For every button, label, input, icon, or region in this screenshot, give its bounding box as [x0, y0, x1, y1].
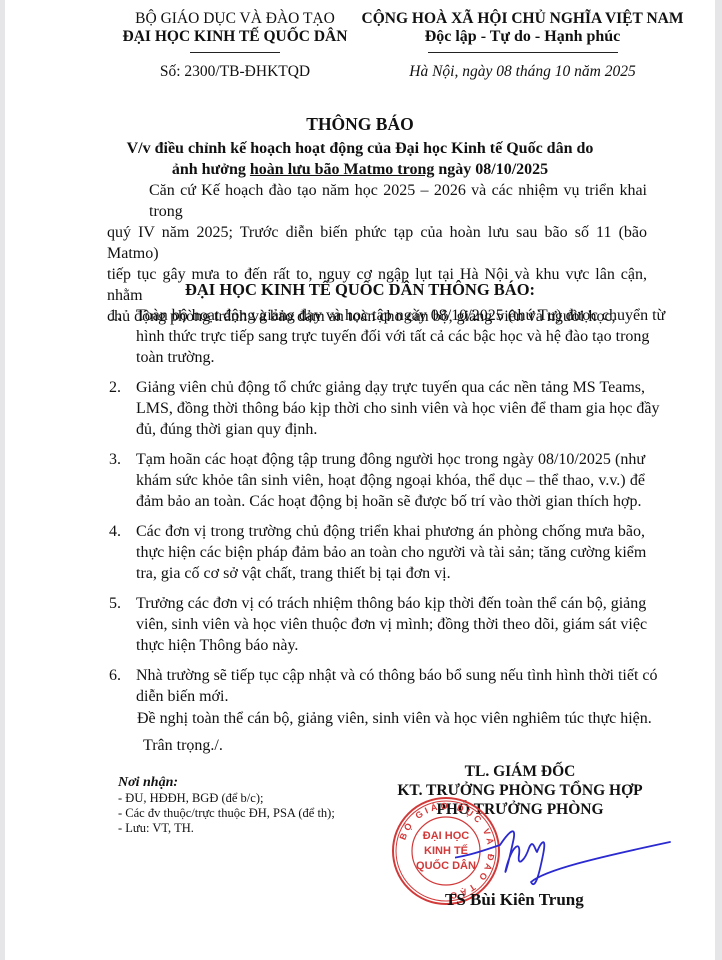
item-line: viên, sinh viên và học viên thuộc đơn vị…: [136, 614, 645, 635]
item-line: tra, gia cố cơ sở vật chất, trang thiết …: [136, 563, 645, 584]
notice-item: 2.Giảng viên chủ động tổ chức giảng dạy …: [109, 377, 645, 440]
item-line: LMS, đồng thời thông báo kịp thời cho si…: [136, 398, 645, 419]
notice-item: 6.Nhà trường sẽ tiếp tục cập nhật và có …: [109, 665, 645, 707]
notice-items: 1.Toàn bộ hoạt động giảng dạy và học tập…: [109, 305, 645, 716]
preamble-line: Căn cứ Kế hoạch đào tạo năm học 2025 – 2…: [107, 180, 647, 222]
item-number: 2.: [109, 377, 121, 398]
reference-number: Số: 2300/TB-ĐHKTQD: [100, 63, 370, 81]
recipients-heading: Nơi nhận:: [118, 775, 335, 791]
notice-item: 3.Tạm hoãn các hoạt động tập trung đông …: [109, 449, 645, 512]
item-line: Nhà trường sẽ tiếp tục cập nhật và có th…: [136, 665, 645, 686]
item-line: thực hiện Thông báo này.: [136, 635, 645, 656]
item-line: Tạm hoãn các hoạt động tập trung đông ng…: [136, 449, 645, 470]
closing-request: Đề nghị toàn thể cán bộ, giảng viên, sin…: [137, 710, 652, 728]
item-number: 1.: [109, 305, 121, 326]
notice-item: 5.Trưởng các đơn vị có trách nhiệm thông…: [109, 593, 645, 656]
handwritten-signature-icon: [455, 820, 675, 900]
item-line: thực hiện các biện pháp đảm bảo an toàn …: [136, 542, 645, 563]
declaration-heading: ĐẠI HỌC KINH TẾ QUỐC DÂN THÔNG BÁO:: [5, 280, 715, 300]
document-subject: V/v điều chỉnh kế hoạch hoạt động của Đạ…: [5, 138, 715, 180]
item-line: đủ, đúng thời gian quy định.: [136, 419, 645, 440]
item-line: diễn biến mới.: [136, 686, 645, 707]
document-title: THÔNG BÁO: [5, 114, 715, 135]
item-number: 4.: [109, 521, 121, 542]
national-block: CỘNG HOÀ XÃ HỘI CHỦ NGHĨA VIỆT NAM Độc l…: [350, 10, 695, 81]
subject-line-2: ảnh hưởng hoàn lưu bão Matmo trong ngày …: [5, 159, 715, 180]
item-line: hình thức trực tiếp sang trực tuyến đối …: [136, 326, 645, 347]
subject-line-1: V/v điều chỉnh kế hoạch hoạt động của Đạ…: [5, 138, 715, 159]
subject-text: ảnh hưởng: [172, 161, 250, 178]
item-line: khám sức khỏe tân sinh viên, hoạt động n…: [136, 470, 645, 491]
signature-title-1: TL. GIÁM ĐỐC: [375, 762, 665, 781]
subject-text: ngày 08/10/2025: [434, 161, 548, 178]
ministry-name: BỘ GIÁO DỤC VÀ ĐÀO TẠO: [100, 10, 370, 28]
item-line: Các đơn vị trong trường chủ động triển k…: [136, 521, 645, 542]
item-line: đảm bảo an toàn. Các hoạt động bị hoãn s…: [136, 491, 645, 512]
recipients-block: Nơi nhận: - ĐU, HĐĐH, BGĐ (để b/c); - Cá…: [118, 775, 335, 836]
motto-divider: [428, 52, 618, 53]
notice-item: 1.Toàn bộ hoạt động giảng dạy và học tập…: [109, 305, 645, 368]
item-line: Toàn bộ hoạt động giảng dạy và học tập n…: [136, 305, 645, 326]
item-number: 6.: [109, 665, 121, 686]
place-date: Hà Nội, ngày 08 tháng 10 năm 2025: [350, 63, 695, 81]
preamble-line: quý IV năm 2025; Trước diễn biến phức tạ…: [107, 222, 647, 264]
issuer-block: BỘ GIÁO DỤC VÀ ĐÀO TẠO ĐẠI HỌC KINH TẾ Q…: [100, 10, 370, 81]
university-name: ĐẠI HỌC KINH TẾ QUỐC DÂN: [100, 28, 370, 46]
item-line: Giảng viên chủ động tổ chức giảng dạy tr…: [136, 377, 645, 398]
item-number: 5.: [109, 593, 121, 614]
recipient-item: - Các đv thuộc/trực thuộc ĐH, PSA (để th…: [118, 806, 335, 821]
recipient-item: - Lưu: VT, TH.: [118, 821, 335, 836]
document-page: BỘ GIÁO DỤC VÀ ĐÀO TẠO ĐẠI HỌC KINH TẾ Q…: [5, 0, 715, 960]
notice-item: 4.Các đơn vị trong trường chủ động triển…: [109, 521, 645, 584]
item-number: 3.: [109, 449, 121, 470]
country-name: CỘNG HOÀ XÃ HỘI CHỦ NGHĨA VIỆT NAM: [350, 10, 695, 28]
signer-name: TS Bùi Kiên Trung: [445, 890, 584, 910]
regards: Trân trọng./.: [143, 737, 223, 755]
issuer-divider: [190, 52, 280, 53]
national-motto: Độc lập - Tự do - Hạnh phúc: [350, 28, 695, 46]
subject-underlined-text: hoàn lưu bão Matmo trong: [250, 161, 434, 178]
item-line: toàn trường.: [136, 347, 645, 368]
recipient-item: - ĐU, HĐĐH, BGĐ (để b/c);: [118, 791, 335, 806]
item-line: Trưởng các đơn vị có trách nhiệm thông b…: [136, 593, 645, 614]
